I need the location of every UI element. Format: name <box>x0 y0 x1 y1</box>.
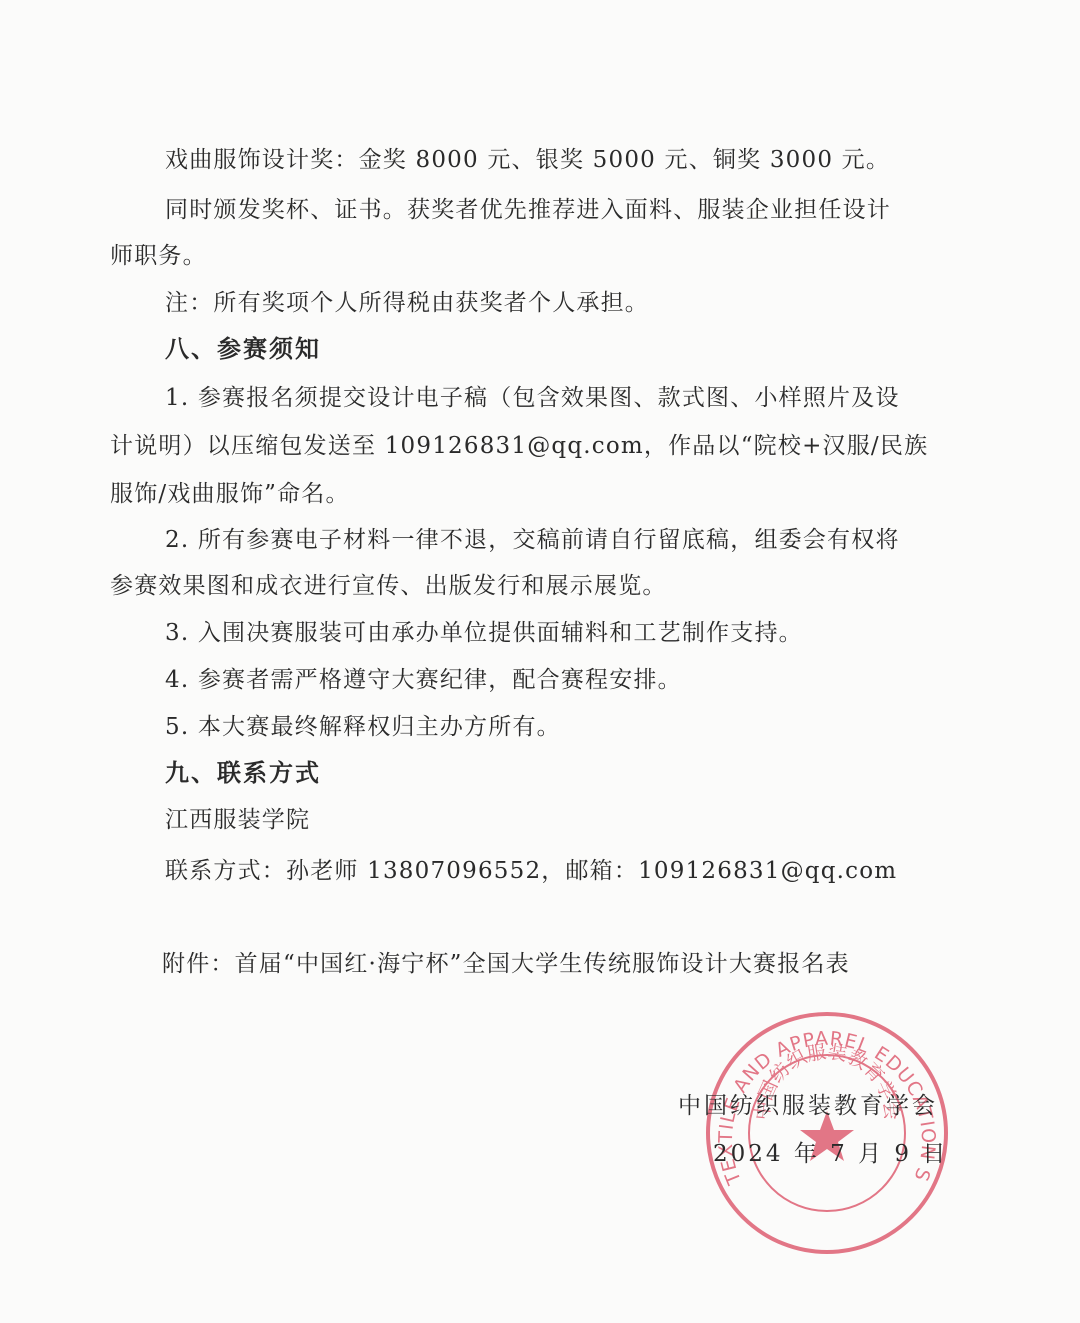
section-8-heading: 八、参赛须知 <box>165 333 321 365</box>
section-9-heading: 九、联系方式 <box>165 757 321 789</box>
rule-2-line-1: 2. 所有参赛电子材料一律不退，交稿前请自行留底稿，组委会有权将 <box>165 524 900 556</box>
signature-organization: 中国纺织服装教育学会 <box>678 1090 938 1122</box>
contact-details: 联系方式：孙老师 13807096552，邮箱：109126831@qq.com <box>165 855 897 887</box>
rule-5: 5. 本大赛最终解释权归主办方所有。 <box>165 711 561 743</box>
trophy-line-2: 师职务。 <box>110 240 207 272</box>
rule-4: 4. 参赛者需严格遵守大赛纪律，配合赛程安排。 <box>165 664 682 696</box>
rule-1-line-3: 服饰/戏曲服饰”命名。 <box>110 478 350 510</box>
rule-1-line-1: 1. 参赛报名须提交设计电子稿（包含效果图、款式图、小样照片及设 <box>165 382 900 414</box>
tax-note: 注：所有奖项个人所得税由获奖者个人承担。 <box>165 287 649 319</box>
signature-date: 2024 年 7 月 9 日 <box>713 1138 948 1170</box>
rule-2-line-2: 参赛效果图和成衣进行宣传、出版发行和展示展览。 <box>110 570 667 602</box>
attachment-note: 附件：首届“中国红·海宁杯”全国大学生传统服饰设计大赛报名表 <box>162 948 850 980</box>
rule-1-line-2: 计说明）以压缩包发送至 109126831@qq.com，作品以“院校+汉服/民… <box>110 430 928 462</box>
opera-award-line: 戏曲服饰设计奖：金奖 8000 元、银奖 5000 元、铜奖 3000 元。 <box>165 144 890 176</box>
rule-3: 3. 入围决赛服装可由承办单位提供面辅料和工艺制作支持。 <box>165 617 803 649</box>
official-seal-icon: CHINA TEXTILE AND APPAREL EDUCATION SOCI… <box>702 1008 952 1258</box>
trophy-line-1: 同时颁发奖杯、证书。获奖者优先推荐进入面料、服装企业担任设计 <box>165 194 891 226</box>
document-page: 戏曲服饰设计奖：金奖 8000 元、银奖 5000 元、铜奖 3000 元。 同… <box>0 0 1080 1323</box>
contact-institution: 江西服装学院 <box>165 804 310 836</box>
